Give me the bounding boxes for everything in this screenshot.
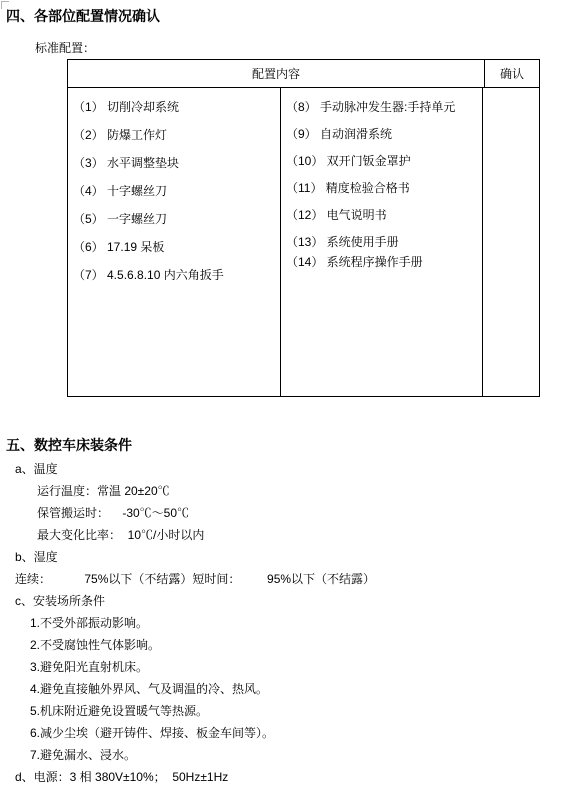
page-corner-mark <box>1 1 9 9</box>
table-column-confirm <box>483 88 539 396</box>
site-condition-6: 6.减少尘埃（避开铸件、焊接、板金车间等）。 <box>30 722 567 744</box>
site-condition-1: 1.不受外部振动影响。 <box>30 612 567 634</box>
config-item-13: （13） 系统使用手册 <box>286 235 482 255</box>
site-condition-7: 7.避免漏水、浸水。 <box>30 744 567 766</box>
config-item-14: （14） 系统程序操作手册 <box>286 255 482 275</box>
config-table: 配置内容 确认 （1） 切削冷却系统 （2） 防爆工作灯 （3） 水平调整垫块 … <box>67 59 540 397</box>
section5-heading: 五、数控车床装条件 <box>6 437 567 453</box>
operating-temperature-line: 运行温度：常温 20±20℃ <box>37 480 567 502</box>
config-item-12: （12） 电气说明书 <box>286 208 482 235</box>
config-item-2: （2） 防爆工作灯 <box>73 128 280 156</box>
site-condition-2: 2.不受腐蚀性气体影响。 <box>30 634 567 656</box>
config-item-9: （9） 自动润滑系统 <box>286 127 482 154</box>
table-header-confirm: 确认 <box>485 60 539 87</box>
site-condition-4: 4.避免直接触外界风、气及调温的冷、热风。 <box>30 678 567 700</box>
humidity-values-line: 连续： 75%以下（不结露）短时间： 95%以下（不结露） <box>15 568 567 590</box>
config-item-3: （3） 水平调整垫块 <box>73 156 280 184</box>
site-condition-3: 3.避免阳光直射机床。 <box>30 656 567 678</box>
site-condition-5: 5.机床附近避免设置暖气等热源。 <box>30 700 567 722</box>
config-item-6: （6） 17.19 呆板 <box>73 240 280 268</box>
config-item-11: （11） 精度检验合格书 <box>286 181 482 208</box>
config-item-4: （4） 十字螺丝刀 <box>73 184 280 212</box>
max-variation-rate-line: 最大变化比率： 10℃/小时以内 <box>37 524 567 546</box>
table-body-row: （1） 切削冷却系统 （2） 防爆工作灯 （3） 水平调整垫块 （4） 十字螺丝… <box>68 88 539 396</box>
table-column-left: （1） 切削冷却系统 （2） 防爆工作灯 （3） 水平调整垫块 （4） 十字螺丝… <box>68 88 281 396</box>
standard-config-label: 标准配置： <box>35 41 567 55</box>
table-header-row: 配置内容 确认 <box>68 60 539 88</box>
humidity-label: b、湿度 <box>15 546 567 568</box>
config-item-10: （10） 双开门钣金罩护 <box>286 154 482 181</box>
power-supply-line: d、电源：3 相 380V±10%； 50Hz±1Hz <box>15 766 567 788</box>
table-header-content: 配置内容 <box>68 60 485 87</box>
storage-transport-temperature-line: 保管搬运时： -30℃～50℃ <box>37 502 567 524</box>
document-page: 四、各部位配置情况确认 标准配置： 配置内容 确认 （1） 切削冷却系统 （2）… <box>0 0 567 801</box>
table-column-right: （8） 手动脉冲发生器:手持单元 （9） 自动润滑系统 （10） 双开门钣金罩护… <box>281 88 483 396</box>
installation-site-label: c、安装场所条件 <box>15 590 567 612</box>
section4-heading: 四、各部位配置情况确认 <box>6 8 567 24</box>
config-item-8: （8） 手动脉冲发生器:手持单元 <box>286 100 482 127</box>
temperature-label: a、温度 <box>15 458 567 480</box>
config-item-7: （7） 4.5.6.8.10 内六角扳手 <box>73 268 280 296</box>
config-item-5: （5） 一字螺丝刀 <box>73 212 280 240</box>
config-item-1: （1） 切削冷却系统 <box>73 100 280 128</box>
